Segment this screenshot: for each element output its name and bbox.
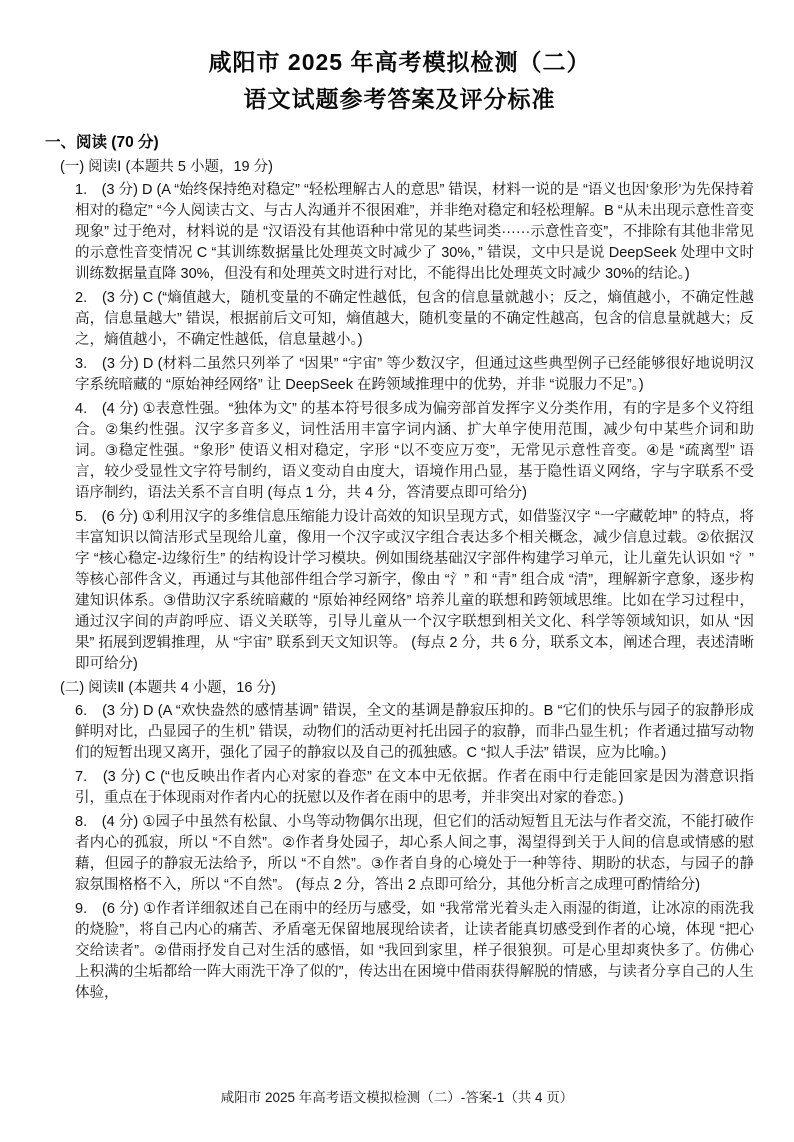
page-footer: 咸阳市 2025 年高考语文模拟检测（二）-答案-1（共 4 页） <box>0 1086 794 1106</box>
section-heading-reading: 一、阅读 (70 分) <box>45 132 754 154</box>
subsection-heading-reading-1: (一) 阅读Ⅰ (本题共 5 小题，19 分) <box>60 157 754 178</box>
answer-item-6: 6. (3 分) D (A “欢快盎然的感情基调” 错误，全文的基调是静寂压抑的… <box>75 701 754 764</box>
answer-item-8: 8. (4 分) ①园子中虽然有松鼠、小鸟等动物偶尔出现，但它们的活动短暂且无法… <box>75 812 754 896</box>
answer-key-page: 咸阳市 2025 年高考模拟检测（二） 语文试题参考答案及评分标准 一、阅读 (… <box>0 0 794 1142</box>
subsection-heading-reading-2: (二) 阅读Ⅱ (本题共 4 小题，16 分) <box>60 678 754 699</box>
answer-item-2: 2. (3 分) C (“熵值越大，随机变量的不确定性越低，包含的信息量就越小；… <box>75 288 754 351</box>
document-title: 咸阳市 2025 年高考模拟检测（二） 语文试题参考答案及评分标准 <box>45 44 754 118</box>
answer-item-5: 5. (6 分) ①利用汉字的多维信息压缩能力设计高效的知识呈现方式，如借鉴汉字… <box>75 507 754 675</box>
title-line-2: 语文试题参考答案及评分标准 <box>45 81 754 118</box>
answer-item-3: 3. (3 分) D (材料二虽然只列举了 “因果” “宇宙” 等少数汉字，但通… <box>75 354 754 396</box>
answer-item-9: 9. (6 分) ①作者详细叙述自己在雨中的经历与感受，如 “我常常光着头走入雨… <box>75 899 754 1004</box>
answer-item-4: 4. (4 分) ①表意性强。“独体为文” 的基本符号很多成为偏旁部首发挥字义分… <box>75 399 754 504</box>
title-line-1: 咸阳市 2025 年高考模拟检测（二） <box>45 44 754 81</box>
answer-item-7: 7. (3 分) C (“也反映出作者内心对家的眷恋” 在文本中无依据。作者在雨… <box>75 767 754 809</box>
answer-item-1: 1. (3 分) D (A “始终保持绝对稳定” “轻松理解古人的意思” 错误，… <box>75 180 754 285</box>
